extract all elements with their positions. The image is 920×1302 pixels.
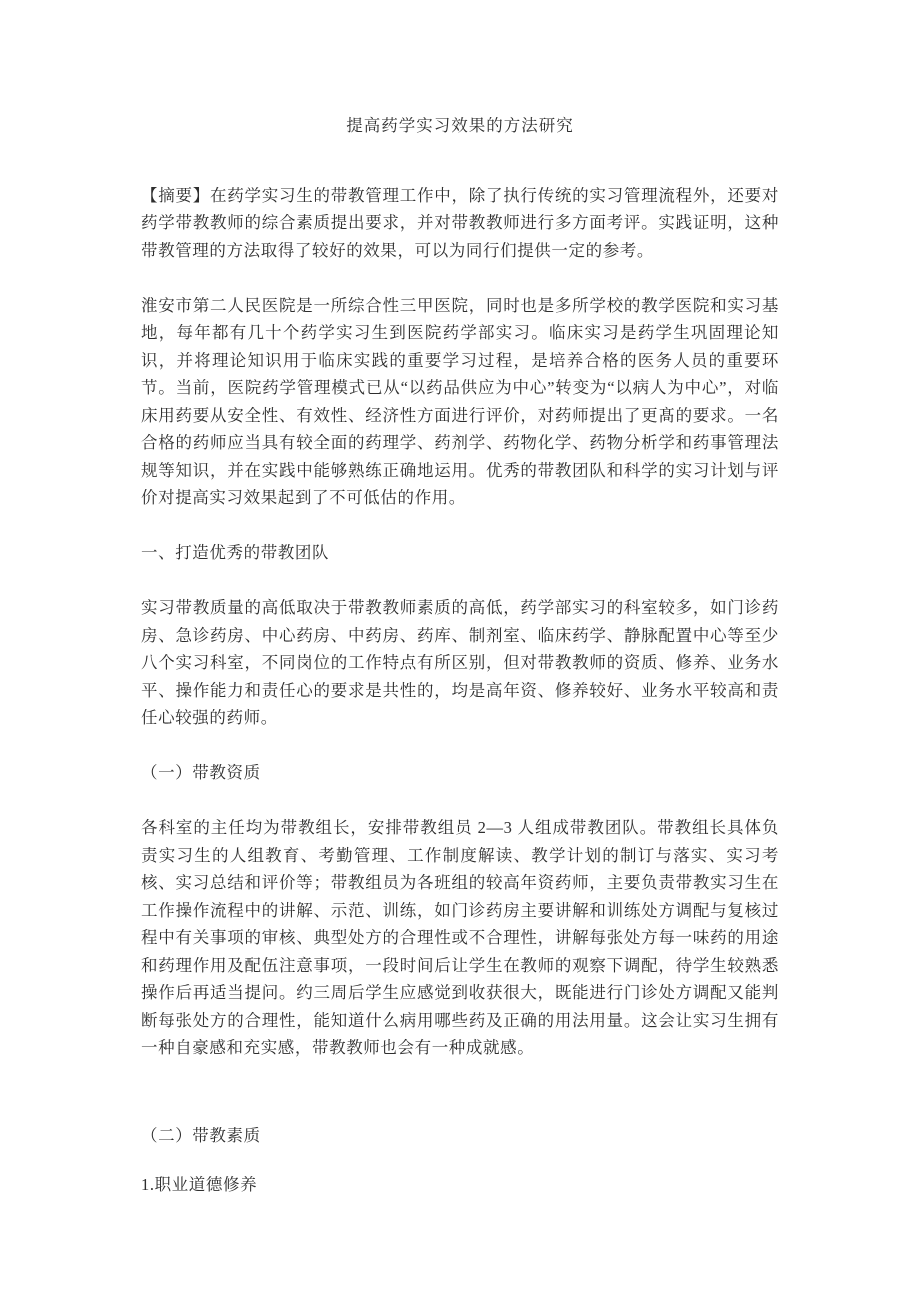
abstract-paragraph: 【摘要】在药学实习生的带教管理工作中，除了执行传统的实习管理流程外，还要对药学带… xyxy=(141,182,779,265)
team-paragraph: 实习带教质量的高低取决于带教教师素质的高低，药学部实习的科室较多，如门诊药房、急… xyxy=(141,594,779,732)
subsection-heading-quality: （二）带教素质 xyxy=(141,1122,779,1150)
numbered-item-professional-ethics: 1.职业道德修养 xyxy=(141,1171,779,1199)
qualification-paragraph: 各科室的主任均为带教组长，安排带教组员 2—3 人组成带教团队。带教组长具体负责… xyxy=(141,814,779,1062)
intro-paragraph: 淮安市第二人民医院是一所综合性三甲医院，同时也是多所学校的教学医院和实习基地，每… xyxy=(141,292,779,512)
document-title: 提高药学实习效果的方法研究 xyxy=(141,112,779,140)
section-heading-team-building: 一、打造优秀的带教团队 xyxy=(141,539,779,567)
document-page: 提高药学实习效果的方法研究 【摘要】在药学实习生的带教管理工作中，除了执行传统的… xyxy=(0,0,920,1302)
subsection-heading-qualification: （一）带教资质 xyxy=(141,759,779,787)
